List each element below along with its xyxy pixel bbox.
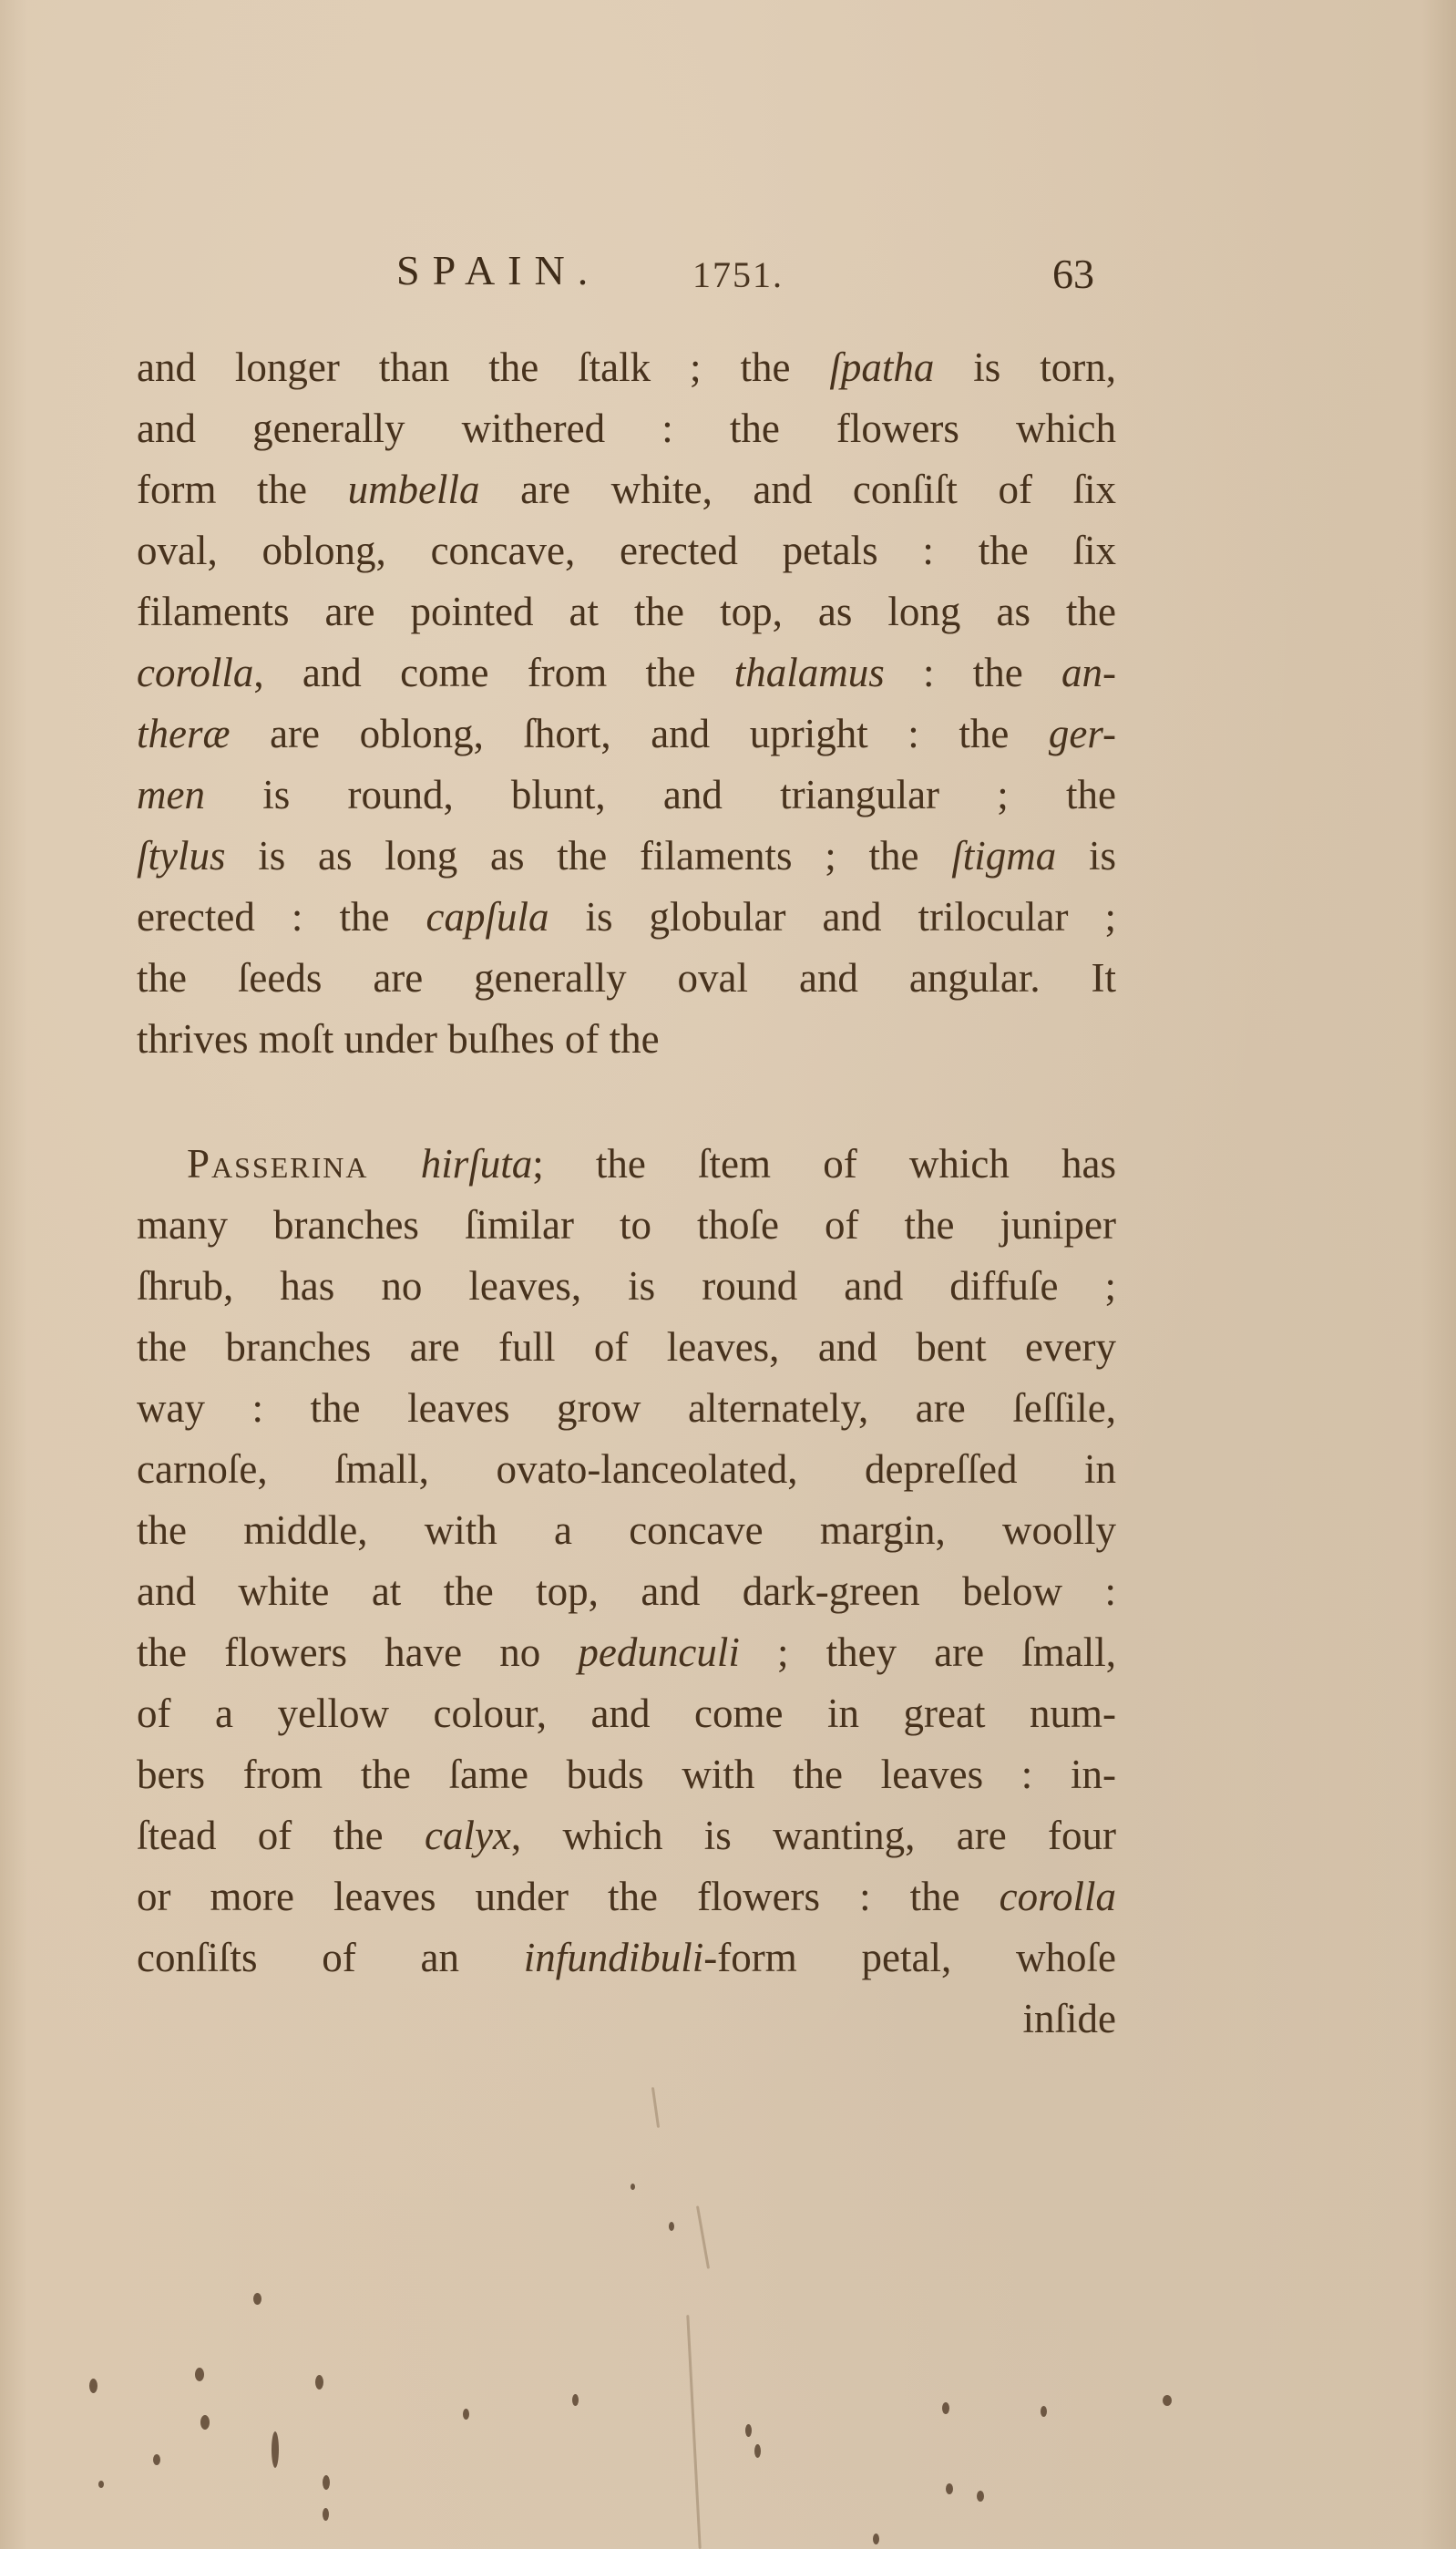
speck (977, 2491, 984, 2502)
italic-term: men (137, 772, 205, 817)
line-text: form the umbella are white, and conſiſt … (137, 467, 1116, 512)
line-text: way : the leaves grow alternately, are ſ… (137, 1385, 1116, 1431)
line-text: and longer than the ſtalk ; the ſpatha i… (137, 344, 1116, 390)
speck (463, 2409, 469, 2420)
line-text: ; the ſtem of which has (532, 1141, 1116, 1187)
catchword-text: inſide (1023, 1996, 1116, 2041)
text-line: and longer than the ſtalk ; the ſpatha i… (137, 337, 1116, 398)
speck (98, 2481, 104, 2488)
running-header: SPAIN. 1751. 63 (0, 246, 1456, 310)
text-line: the middle, with a concave margin, wooll… (137, 1500, 1116, 1561)
speck (323, 2475, 330, 2490)
text-line: form the umbella are white, and conſiſt … (137, 459, 1116, 520)
line-text: of a yellow colour, and come in great nu… (137, 1691, 1116, 1736)
italic-term: pedunculi (578, 1629, 739, 1675)
text-line: erected : the capſula is globular and tr… (137, 887, 1116, 948)
text-line: way : the leaves grow alternately, are ſ… (137, 1378, 1116, 1439)
line-text: the ſeeds are generally oval and angular… (137, 955, 1116, 1001)
line-text: ſtylus is as long as the filaments ; the… (137, 833, 1116, 879)
species-name: hirſuta (421, 1141, 533, 1187)
speck (253, 2293, 261, 2305)
speck (572, 2394, 579, 2406)
speck (942, 2402, 949, 2414)
text-line: and generally withered : the flowers whi… (137, 398, 1116, 459)
line-text: filaments are pointed at the top, as lon… (137, 589, 1116, 634)
text-line: the ſeeds are generally oval and angular… (137, 948, 1116, 1009)
italic-term: thalamus (734, 650, 885, 695)
line-text: or more leaves under the flowers : the (137, 1874, 1000, 1919)
speck (200, 2415, 210, 2430)
line-text: ; they are ſmall, (740, 1629, 1116, 1675)
line-text: the flowers have no (137, 1629, 578, 1675)
line-text: many branches ſimilar to thoſe of the ju… (137, 1202, 1116, 1248)
italic-term: ſtigma (951, 833, 1056, 879)
speck (754, 2444, 761, 2458)
italic-term: umbella (348, 467, 480, 512)
line-text: and generally withered : the flowers whi… (137, 406, 1116, 451)
line-text: erected : the capſula is globular and tr… (137, 894, 1116, 940)
crease-mark (686, 2315, 701, 2549)
line-text: corolla, and come from the thalamus : th… (137, 650, 1116, 695)
text-line: of a yellow colour, and come in great nu… (137, 1683, 1116, 1744)
line-text: bers from the ſame buds with the leaves … (137, 1752, 1116, 1797)
text-line: or more leaves under the flowers : the c… (137, 1866, 1116, 1927)
speck (323, 2508, 329, 2521)
text-line: Passerina hirſuta; the ſtem of which has (137, 1134, 1116, 1195)
text-line: men is round, blunt, and triangular ; th… (137, 765, 1116, 826)
line-text: ſtead of the (137, 1813, 425, 1858)
body-text: and longer than the ſtalk ; the ſpatha i… (137, 337, 1116, 2050)
line-text: the middle, with a concave margin, wooll… (137, 1507, 1116, 1553)
speck (1163, 2395, 1172, 2406)
italic-term: corolla (137, 650, 253, 695)
italic-term: theræ (137, 711, 231, 756)
text-line: theræ are oblong, ſhort, and upright : t… (137, 704, 1116, 765)
line-text: -form petal, whoſe (703, 1935, 1116, 1980)
line-text: , which is wanting, are four (511, 1813, 1116, 1858)
page-number: 63 (1052, 250, 1094, 298)
text-line: and white at the top, and dark-green bel… (137, 1561, 1116, 1622)
text-line: the flowers have no pedunculi ; they are… (137, 1622, 1116, 1683)
crease-mark (696, 2205, 710, 2268)
running-title: SPAIN. (396, 246, 600, 294)
text-line: filaments are pointed at the top, as lon… (137, 581, 1116, 642)
speck (195, 2368, 204, 2381)
line-text: conſiſts of an (137, 1935, 524, 1980)
italic-term: ſtylus (137, 833, 226, 879)
speck (1041, 2406, 1047, 2417)
book-page: SPAIN. 1751. 63 and longer than the ſtal… (0, 0, 1456, 2549)
italic-term: corolla (1000, 1874, 1116, 1919)
italic-term: ſpatha (829, 344, 934, 390)
line-text: ſhrub, has no leaves, is round and diffu… (137, 1263, 1116, 1309)
italic-term: ger- (1049, 711, 1116, 756)
text-line: many branches ſimilar to thoſe of the ju… (137, 1195, 1116, 1256)
line-text: carnoſe, ſmall, ovato-lanceolated, depre… (137, 1446, 1116, 1492)
text-line: conſiſts of an infundibuli-form petal, w… (137, 1927, 1116, 1989)
speck (272, 2431, 279, 2468)
italic-term: capſula (426, 894, 549, 940)
italic-term: infundibuli (524, 1935, 704, 1980)
text-line: ſtylus is as long as the filaments ; the… (137, 826, 1116, 887)
text-line: ſhrub, has no leaves, is round and diffu… (137, 1256, 1116, 1317)
text-line: the branches are full of leaves, and ben… (137, 1317, 1116, 1378)
crease-mark (651, 2087, 660, 2128)
genus-name: Passerina (187, 1141, 369, 1187)
italic-term: an- (1061, 650, 1116, 695)
line-text: men is round, blunt, and triangular ; th… (137, 772, 1116, 817)
text-line: oval, oblong, concave, erected petals : … (137, 520, 1116, 581)
line-text: the branches are full of leaves, and ben… (137, 1324, 1116, 1370)
speck (631, 2184, 635, 2190)
speck (669, 2222, 674, 2231)
speck (946, 2483, 953, 2494)
speck (89, 2379, 97, 2393)
speck (745, 2424, 752, 2437)
line-text: theræ are oblong, ſhort, and upright : t… (137, 711, 1116, 756)
line-text: oval, oblong, concave, erected petals : … (137, 528, 1116, 573)
paragraph-gap (137, 1070, 1116, 1134)
speck (315, 2375, 323, 2390)
italic-term: calyx (425, 1813, 511, 1858)
speck (153, 2454, 160, 2465)
line-text: and white at the top, and dark-green bel… (137, 1568, 1116, 1614)
line-text: thrives moſt under buſhes of the (137, 1016, 660, 1062)
catchword: inſide (137, 1989, 1116, 2050)
speck (873, 2534, 879, 2544)
text-line: corolla, and come from the thalamus : th… (137, 642, 1116, 704)
running-year: 1751. (692, 253, 784, 296)
text-line: bers from the ſame buds with the leaves … (137, 1744, 1116, 1805)
paragraph-2: Passerina hirſuta; the ſtem of which has… (137, 1134, 1116, 2050)
paragraph-1: and longer than the ſtalk ; the ſpatha i… (137, 337, 1116, 1070)
text-line: carnoſe, ſmall, ovato-lanceolated, depre… (137, 1439, 1116, 1500)
text-line: thrives moſt under buſhes of the (137, 1009, 1116, 1070)
text-line: ſtead of the calyx, which is wanting, ar… (137, 1805, 1116, 1866)
